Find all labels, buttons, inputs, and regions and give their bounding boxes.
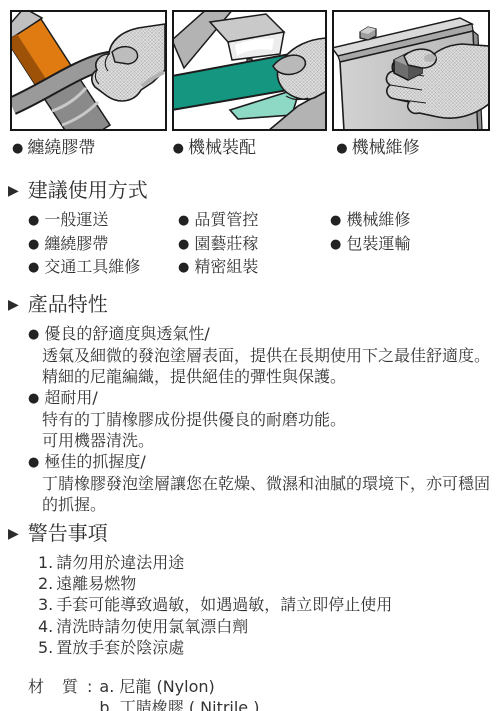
captions-row: ●纏繞膠帶 ●機械裝配 ●機械維修 xyxy=(0,137,500,160)
usage-item: ●精密組裝 xyxy=(178,256,330,280)
bullet-icon: ● xyxy=(28,237,39,252)
caption-label: 纏繞膠帶 xyxy=(27,138,95,158)
bullet-icon: ● xyxy=(336,141,347,156)
bullet-icon: ● xyxy=(28,260,39,275)
features-section: ▶產品特性 ●優良的舒適度與透氣性/ 透氣及細微的發泡塗層表面，提供在長期使用下… xyxy=(0,292,500,515)
warning-item: 5.置放手套於陰涼處 xyxy=(38,637,500,658)
usage-item: ●纏繞膠帶 xyxy=(28,233,178,257)
bullet-icon: ● xyxy=(173,141,184,156)
usage-column-1: ●一般運送 ●纏繞膠帶 ●交通工具維修 xyxy=(28,209,178,280)
material-lines: a. 尼龍 (Nylon) b. 丁腈橡膠 ( Nitrile ) xyxy=(99,676,259,711)
arrow-icon: ▶ xyxy=(8,526,19,542)
features-list: ●優良的舒適度與透氣性/ 透氣及細微的發泡塗層表面，提供在長期使用下之最佳舒適度… xyxy=(0,323,500,515)
usage-item: ●品質管控 xyxy=(178,209,330,233)
warnings-section: ▶警告事項 1.請勿用於違法用途 2.遠離易燃物 3.手套可能導致過敏，如遇過敏… xyxy=(0,521,500,659)
bullet-icon: ● xyxy=(330,213,341,228)
usage-item: ●機械維修 xyxy=(330,209,410,233)
material-line: b. 丁腈橡膠 ( Nitrile ) xyxy=(99,697,259,711)
bullet-icon: ● xyxy=(28,391,39,406)
bullet-icon: ● xyxy=(12,141,23,156)
usage-item: ●園藝莊稼 xyxy=(178,233,330,257)
usage-column-2: ●品質管控 ●園藝莊稼 ●精密組裝 xyxy=(178,209,330,280)
tape-wrapping-icon xyxy=(12,12,165,129)
warning-item: 4.清洗時請勿使用氯氧漂白劑 xyxy=(38,616,500,637)
feature-item: ●極佳的抓握度/ 丁腈橡膠發泡塗層讓您在乾燥、微濕和油膩的環境下，亦可穩固 的抓… xyxy=(28,451,500,515)
bullet-icon: ● xyxy=(28,213,39,228)
illustration-caption-3: ●機械維修 xyxy=(328,137,490,160)
illustrations-row xyxy=(0,0,500,131)
caption-label: 機械裝配 xyxy=(188,138,256,158)
machine-assembly-icon xyxy=(174,12,325,129)
usage-section: ▶建議使用方式 ●一般運送 ●纏繞膠帶 ●交通工具維修 ●品質管控 ●園藝莊稼 … xyxy=(0,178,500,280)
bullet-icon: ● xyxy=(28,455,39,470)
feature-description: 精細的尼龍編織，提供絕佳的彈性與保護。 xyxy=(28,366,500,387)
warning-item: 1.請勿用於違法用途 xyxy=(38,552,500,573)
warnings-section-title: ▶警告事項 xyxy=(8,521,500,547)
caption-label: 機械維修 xyxy=(352,138,420,158)
machine-assembly-illustration xyxy=(172,10,327,131)
usage-item: ●一般運送 xyxy=(28,209,178,233)
bullet-icon: ● xyxy=(178,260,189,275)
usage-columns: ●一般運送 ●纏繞膠帶 ●交通工具維修 ●品質管控 ●園藝莊稼 ●精密組裝 ●機… xyxy=(0,209,500,280)
bullet-icon: ● xyxy=(178,213,189,228)
arrow-icon: ▶ xyxy=(8,297,19,313)
machine-maintenance-icon xyxy=(334,12,488,129)
usage-item: ●包裝運輸 xyxy=(330,233,410,257)
illustration-caption-1: ●纏繞膠帶 xyxy=(10,137,170,160)
feature-description: 可用機器清洗。 xyxy=(28,430,500,451)
bullet-icon: ● xyxy=(330,237,341,252)
machine-maintenance-illustration xyxy=(332,10,490,131)
feature-description: 透氣及細微的發泡塗層表面，提供在長期使用下之最佳舒適度。 xyxy=(28,345,500,366)
material-label: 材 質 xyxy=(28,676,78,711)
feature-description: 的抓握。 xyxy=(28,494,500,515)
illustration-caption-2: ●機械裝配 xyxy=(170,137,329,160)
feature-item: ●超耐用/ 特有的丁腈橡膠成份提供優良的耐磨功能。 可用機器清洗。 xyxy=(28,387,500,451)
tape-wrapping-illustration xyxy=(10,10,167,131)
usage-section-title: ▶建議使用方式 xyxy=(8,178,500,204)
material-section: 材 質 : a. 尼龍 (Nylon) b. 丁腈橡膠 ( Nitrile ) xyxy=(0,676,500,711)
features-section-title: ▶產品特性 xyxy=(8,292,500,318)
feature-item: ●優良的舒適度與透氣性/ 透氣及細微的發泡塗層表面，提供在長期使用下之最佳舒適度… xyxy=(28,323,500,387)
feature-description: 丁腈橡膠發泡塗層讓您在乾燥、微濕和油膩的環境下，亦可穩固 xyxy=(28,473,500,494)
usage-item: ●交通工具維修 xyxy=(28,256,178,280)
usage-column-3: ●機械維修 ●包裝運輸 xyxy=(330,209,410,280)
material-line: a. 尼龍 (Nylon) xyxy=(99,676,259,697)
product-sheet: ●纏繞膠帶 ●機械裝配 ●機械維修 ▶建議使用方式 ●一般運送 ●纏繞膠帶 ●交… xyxy=(0,0,500,711)
arrow-icon: ▶ xyxy=(8,183,19,199)
warnings-list: 1.請勿用於違法用途 2.遠離易燃物 3.手套可能導致過敏，如遇過敏，請立即停止… xyxy=(0,552,500,659)
material-separator: : xyxy=(87,676,92,711)
warning-item: 2.遠離易燃物 xyxy=(38,573,500,594)
feature-description: 特有的丁腈橡膠成份提供優良的耐磨功能。 xyxy=(28,409,500,430)
bullet-icon: ● xyxy=(28,327,39,342)
warning-item: 3.手套可能導致過敏，如遇過敏，請立即停止使用 xyxy=(38,594,500,615)
bullet-icon: ● xyxy=(178,237,189,252)
